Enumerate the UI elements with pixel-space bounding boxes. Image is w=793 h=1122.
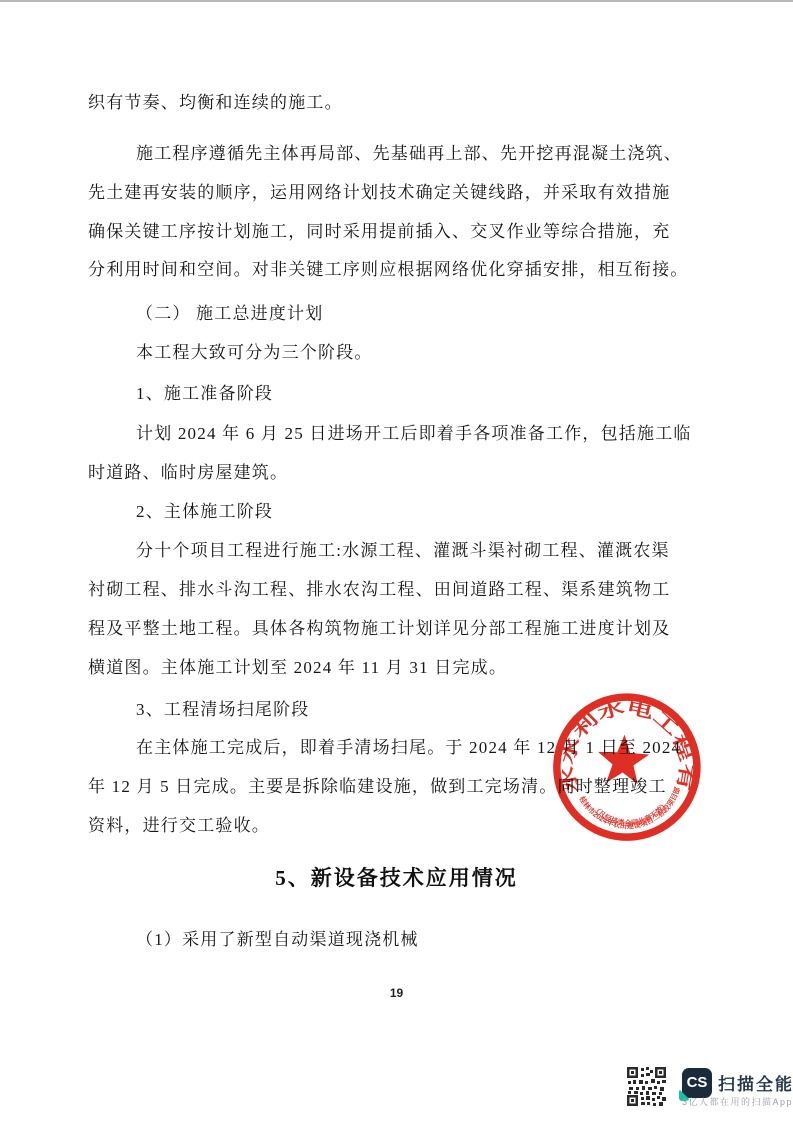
body-line: （1）采用了新型自动渠道现浇机械	[136, 925, 776, 950]
body-line: 先土建再安装的顺序，运用网络计划技术确定关键线路，并采取有效措施	[88, 178, 728, 203]
body-line: 衬砌工程、排水斗沟工程、排水农沟工程、田间道路工程、渠系建筑物工	[88, 575, 728, 600]
logo-letters: CS	[687, 1074, 708, 1091]
scan-edge-artifact	[0, 0, 793, 2]
seal-star-icon	[596, 732, 652, 789]
body-line: 本工程大致可分为三个阶段。	[136, 338, 776, 363]
qr-code	[626, 1066, 667, 1107]
red-company-seal: 水水利水电工程有限公司 桂林市2024年农田建设项目二标段项目部 （凡经济类合同…	[539, 679, 717, 857]
subsection-heading-line: 2、主体施工阶段	[136, 497, 776, 522]
app-tagline: 3亿人都在用的扫描App	[682, 1095, 793, 1108]
body-line: 织有节奏、均衡和连续的施工。	[88, 88, 728, 113]
section-heading-line: （二） 施工总进度计划	[136, 299, 776, 324]
subsection-heading-line: 1、施工准备阶段	[136, 379, 776, 404]
scanned-document-page: 织有节奏、均衡和连续的施工。 施工程序遵循先主体再局部、先基础再上部、先开挖再混…	[0, 0, 793, 1122]
camscanner-logo-icon: CS	[682, 1068, 712, 1098]
scanner-watermark: CS 扫描全能王 3亿人都在用的扫描App	[626, 1064, 786, 1112]
body-line: 确保关键工序按计划施工，同时采用提前插入、交叉作业等综合措施，充	[88, 217, 728, 242]
body-line: 横道图。主体施工计划至 2024 年 11 月 31 日完成。	[88, 653, 728, 678]
body-line: 时道路、临时房屋建筑。	[88, 458, 728, 483]
chapter-heading: 5、新设备技术应用情况	[0, 862, 793, 892]
body-line: 计划 2024 年 6 月 25 日进场开工后即着手各项准备工作，包括施工临	[136, 419, 776, 444]
body-line: 分十个项目工程进行施工:水源工程、灌溉斗渠衬砌工程、灌溉农渠	[136, 536, 776, 561]
body-line: 施工程序遵循先主体再局部、先基础再上部、先开挖再混凝土浇筑、	[136, 139, 776, 164]
body-line: 分利用时间和空间。对非关键工序则应根据网络优化穿插安排，相互衔接。	[88, 255, 728, 280]
page-number: 19	[0, 986, 793, 1000]
body-line: 程及平整土地工程。具体各构筑物施工计划详见分部工程施工进度计划及	[88, 614, 728, 639]
app-name: 扫描全能王	[718, 1070, 793, 1095]
